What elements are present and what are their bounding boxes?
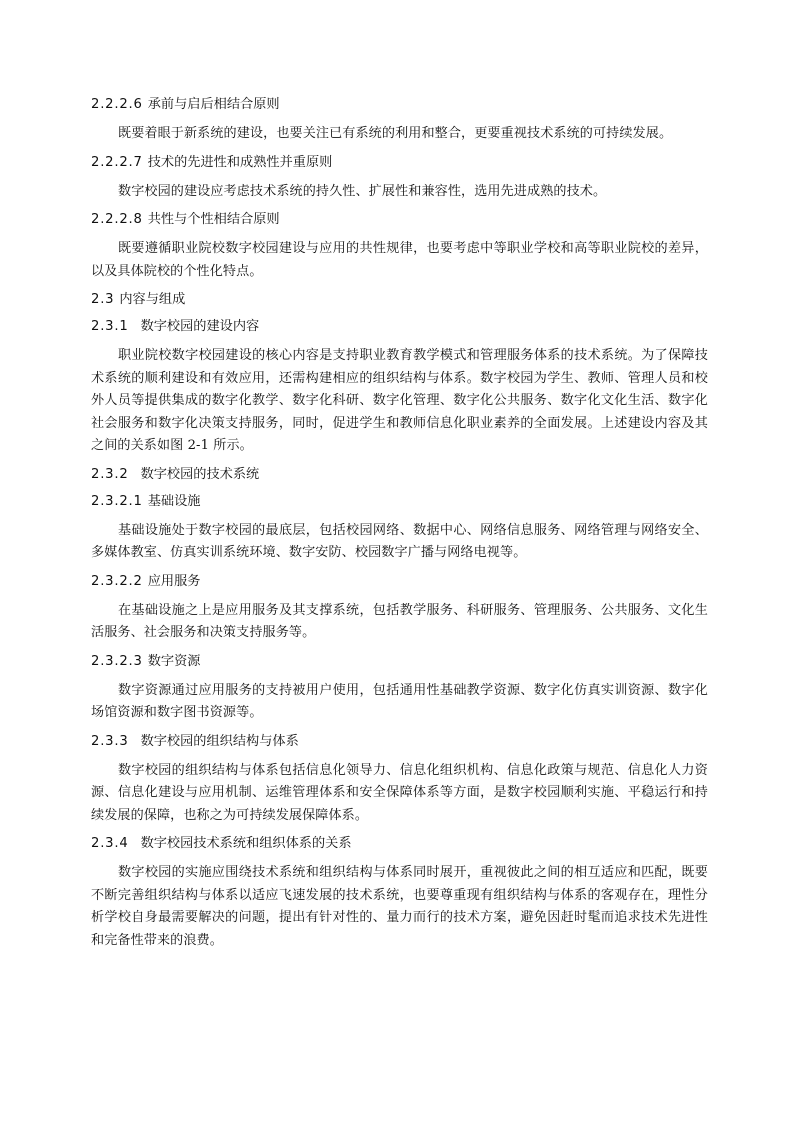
section-number: 2.3.2.1 [91, 494, 143, 509]
section-number: 2.3 [91, 292, 114, 307]
section-heading-2-3-2-2: 2.3.2.2应用服务 [91, 573, 708, 591]
section-heading-2-3-2-3: 2.3.2.3数字资源 [91, 653, 708, 671]
section-title: 共性与个性相结合原则 [148, 212, 280, 227]
section-paragraph: 在基础设施之上是应用服务及其支撑系统，包括教学服务、科研服务、管理服务、公共服务… [91, 600, 708, 645]
section-paragraph: 数字资源通过应用服务的支持被用户使用，包括通用性基础教学资源、数字化仿真实训资源… [91, 680, 708, 725]
section-heading-2-3-1: 2.3.1数字校园的建设内容 [91, 318, 708, 336]
section-number: 2.2.2.8 [91, 212, 143, 227]
section-title: 承前与启后相结合原则 [148, 97, 280, 112]
section-number: 2.3.1 [91, 319, 129, 334]
document-page: 2.2.2.6承前与启后相结合原则 既要着眼于新系统的建设，也要关注已有系统的利… [91, 96, 708, 960]
section-paragraph: 数字校园的建设应考虑技术系统的持久性、扩展性和兼容性，选用先进成熟的技术。 [91, 181, 708, 204]
section-paragraph: 既要遵循职业院校数字校园建设与应用的共性规律，也要考虑中等职业学校和高等职业院校… [91, 238, 708, 283]
section-title: 应用服务 [148, 574, 201, 589]
section-paragraph: 数字校园的实施应围绕技术系统和组织结构与体系同时展开，重视彼此之间的相互适应和匹… [91, 862, 708, 952]
section-title: 数字校园的技术系统 [141, 467, 260, 482]
section-number: 2.2.2.7 [91, 155, 143, 170]
section-number: 2.3.2 [91, 467, 129, 482]
section-title: 内容与组成 [119, 292, 185, 307]
section-heading-2-3-3: 2.3.3数字校园的组织结构与体系 [91, 733, 708, 751]
section-title: 数字校园的建设内容 [141, 319, 260, 334]
section-number: 2.3.2.3 [91, 654, 143, 669]
section-title: 数字校园的组织结构与体系 [141, 734, 299, 749]
section-heading-2-3-2-1: 2.3.2.1基础设施 [91, 493, 708, 511]
section-number: 2.2.2.6 [91, 97, 143, 112]
section-paragraph: 数字校园的组织结构与体系包括信息化领导力、信息化组织机构、信息化政策与规范、信息… [91, 760, 708, 828]
section-number: 2.3.3 [91, 734, 129, 749]
section-number: 2.3.2.2 [91, 574, 143, 589]
section-heading-2-3-4: 2.3.4数字校园技术系统和组织体系的关系 [91, 835, 708, 853]
section-title: 基础设施 [148, 494, 201, 509]
section-paragraph: 基础设施处于数字校园的最底层，包括校园网络、数据中心、网络信息服务、网络管理与网… [91, 520, 708, 565]
section-heading-2-2-2-6: 2.2.2.6承前与启后相结合原则 [91, 96, 708, 114]
section-paragraph: 既要着眼于新系统的建设，也要关注已有系统的利用和整合，更要重视技术系统的可持续发… [91, 123, 708, 146]
section-heading-2-3-2: 2.3.2数字校园的技术系统 [91, 466, 708, 484]
section-paragraph: 职业院校数字校园建设的核心内容是支持职业教育教学模式和管理服务体系的技术系统。为… [91, 345, 708, 458]
section-title: 数字校园技术系统和组织体系的关系 [141, 836, 352, 851]
section-title: 数字资源 [148, 654, 201, 669]
section-heading-2-3: 2.3内容与组成 [91, 291, 708, 309]
section-heading-2-2-2-8: 2.2.2.8共性与个性相结合原则 [91, 211, 708, 229]
section-title: 技术的先进性和成熟性并重原则 [148, 155, 333, 170]
section-heading-2-2-2-7: 2.2.2.7技术的先进性和成熟性并重原则 [91, 154, 708, 172]
section-number: 2.3.4 [91, 836, 129, 851]
